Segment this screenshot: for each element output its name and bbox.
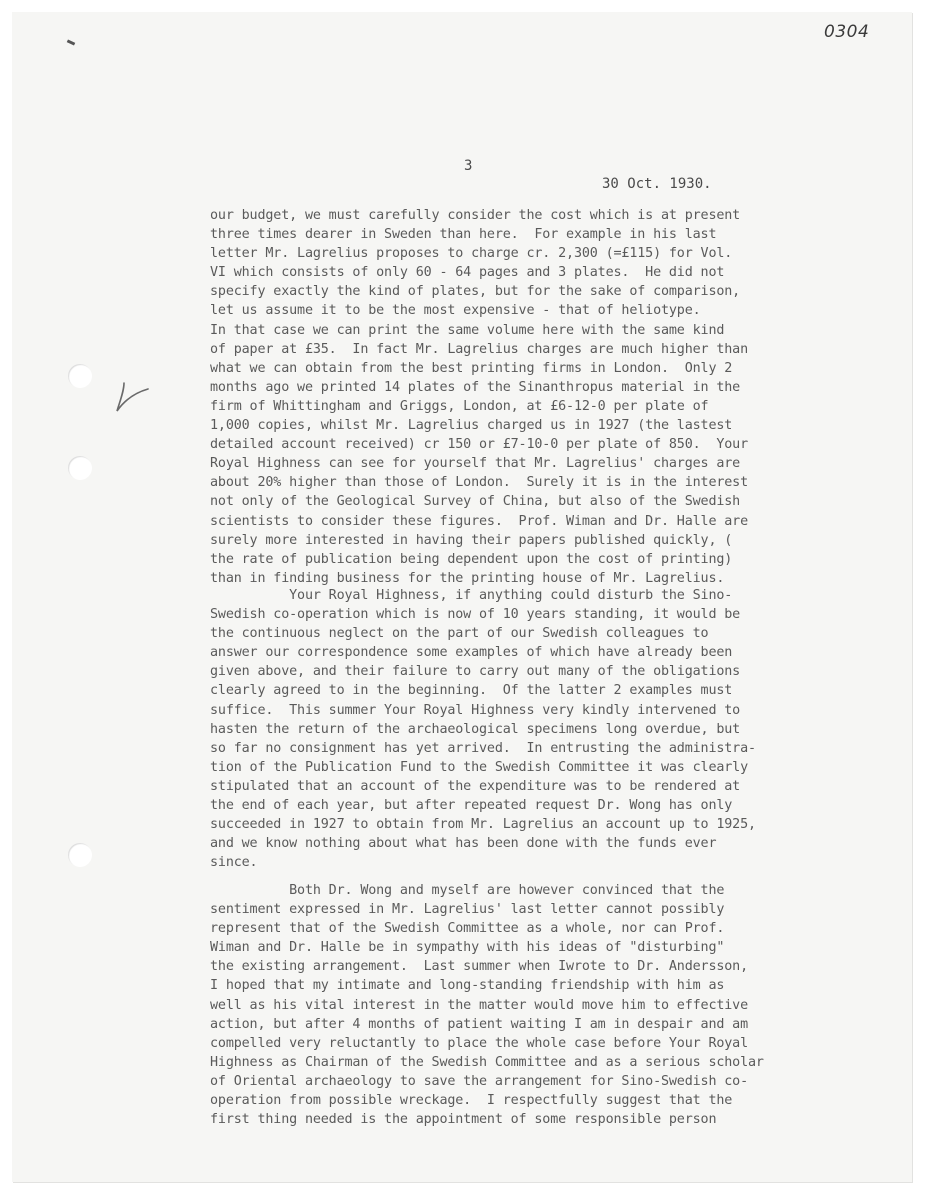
text-line: succeeded in 1927 to obtain from Mr. Lag… — [210, 815, 850, 834]
text-line: Your Royal Highness, if anything could d… — [210, 586, 850, 605]
text-line: detailed account received) cr 150 or £7-… — [210, 435, 850, 454]
corner-ink-mark — [67, 39, 76, 45]
text-line: specify exactly the kind of plates, but … — [210, 282, 850, 301]
punch-hole — [68, 843, 92, 867]
text-line: I hoped that my intimate and long-standi… — [210, 976, 850, 995]
archive-number: 0304 — [824, 22, 869, 42]
text-line: so far no consignment has yet arrived. I… — [210, 739, 850, 758]
paragraph-cooperation-neglect: Your Royal Highness, if anything could d… — [210, 586, 850, 872]
text-line: firm of Whittingham and Griggs, London, … — [210, 397, 850, 416]
text-line: 1,000 copies, whilst Mr. Lagrelius charg… — [210, 416, 850, 435]
text-line: well as his vital interest in the matter… — [210, 996, 850, 1015]
text-line: surely more interested in having their p… — [210, 531, 850, 550]
text-line: Highness as Chairman of the Swedish Comm… — [210, 1053, 850, 1072]
page-number: 3 — [464, 158, 472, 174]
text-line: not only of the Geological Survey of Chi… — [210, 492, 850, 511]
text-line: our budget, we must carefully consider t… — [210, 206, 850, 225]
text-line: Royal Highness can see for yourself that… — [210, 454, 850, 473]
paragraph-budget-costs: our budget, we must carefully consider t… — [210, 206, 850, 588]
text-line: compelled very reluctantly to place the … — [210, 1034, 850, 1053]
text-line: let us assume it to be the most expensiv… — [210, 301, 850, 320]
text-line: letter Mr. Lagrelius proposes to charge … — [210, 244, 850, 263]
text-line: and we know nothing about what has been … — [210, 834, 850, 853]
punch-hole — [68, 364, 92, 388]
text-line: tion of the Publication Fund to the Swed… — [210, 758, 850, 777]
text-line: the continuous neglect on the part of ou… — [210, 624, 850, 643]
text-line: the rate of publication being dependent … — [210, 550, 850, 569]
text-line: VI which consists of only 60 - 64 pages … — [210, 263, 850, 282]
text-line: stipulated that an account of the expend… — [210, 777, 850, 796]
text-line: represent that of the Swedish Committee … — [210, 919, 850, 938]
text-line: suffice. This summer Your Royal Highness… — [210, 701, 850, 720]
text-line: answer our correspondence some examples … — [210, 643, 850, 662]
text-line: Wiman and Dr. Halle be in sympathy with … — [210, 938, 850, 957]
paragraph-appeal: Both Dr. Wong and myself are however con… — [210, 881, 850, 1129]
text-line: since. — [210, 853, 850, 872]
text-line: what we can obtain from the best printin… — [210, 359, 850, 378]
text-line: clearly agreed to in the beginning. Of t… — [210, 681, 850, 700]
text-line: action, but after 4 months of patient wa… — [210, 1015, 850, 1034]
text-line: In that case we can print the same volum… — [210, 321, 850, 340]
text-line: the end of each year, but after repeated… — [210, 796, 850, 815]
text-line: the existing arrangement. Last summer wh… — [210, 957, 850, 976]
text-line: three times dearer in Sweden than here. … — [210, 225, 850, 244]
text-line: hasten the return of the archaeological … — [210, 720, 850, 739]
handwritten-check-icon — [112, 377, 152, 417]
text-line: first thing needed is the appointment of… — [210, 1110, 850, 1129]
text-line: Swedish co-operation which is now of 10 … — [210, 605, 850, 624]
text-line: about 20% higher than those of London. S… — [210, 473, 850, 492]
text-line: scientists to consider these figures. Pr… — [210, 512, 850, 531]
letter-date: 30 Oct. 1930. — [602, 176, 712, 192]
text-line: operation from possible wreckage. I resp… — [210, 1091, 850, 1110]
text-line: months ago we printed 14 plates of the S… — [210, 378, 850, 397]
text-line: given above, and their failure to carry … — [210, 662, 850, 681]
text-line: sentiment expressed in Mr. Lagrelius' la… — [210, 900, 850, 919]
document-page: 0304 3 30 Oct. 1930. our budget, we must… — [12, 12, 912, 1182]
text-line: Both Dr. Wong and myself are however con… — [210, 881, 850, 900]
text-line: of paper at £35. In fact Mr. Lagrelius c… — [210, 340, 850, 359]
text-line: of Oriental archaeology to save the arra… — [210, 1072, 850, 1091]
text-line: than in finding business for the printin… — [210, 569, 850, 588]
punch-hole — [68, 456, 92, 480]
